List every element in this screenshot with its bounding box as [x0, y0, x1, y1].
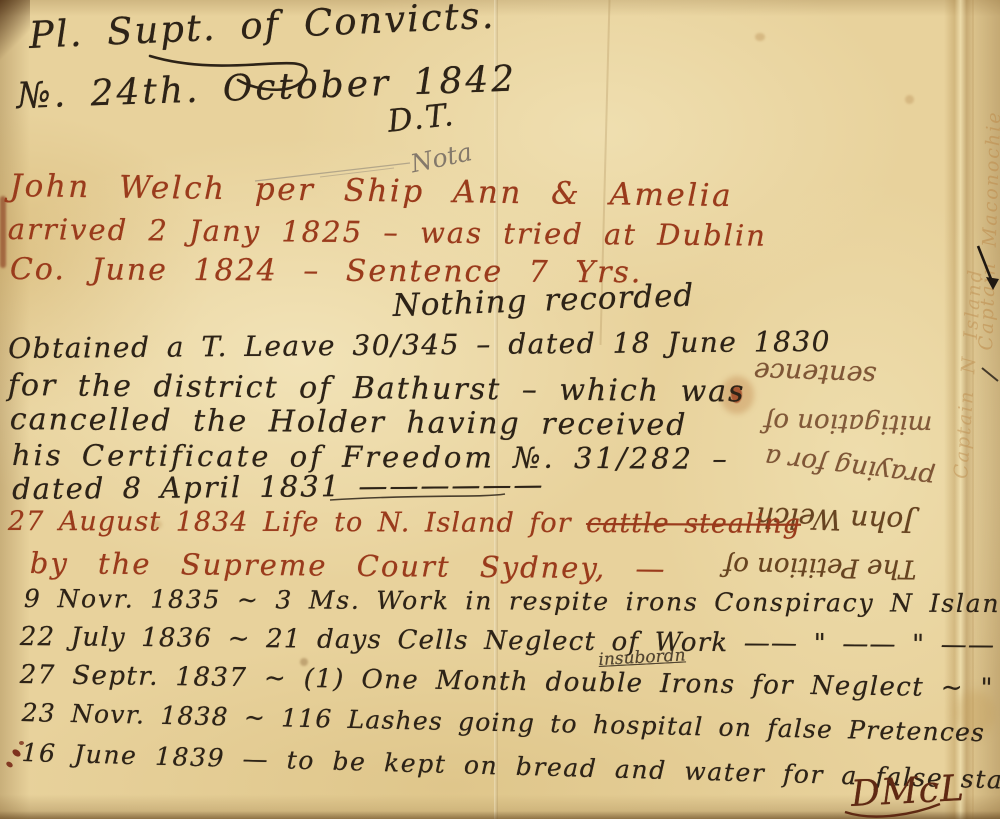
manuscript-page: Captain Maconochie Captain N Island sent…: [0, 0, 1000, 819]
bleedthrough-text: sentence: [720, 355, 911, 393]
addressee-line: Pl. Supt. of Convicts.: [28, 0, 496, 57]
bleedthrough-text: mitigation of: [716, 406, 980, 441]
bleedthrough-text: praying for a: [734, 438, 966, 496]
pencil-note: Nota: [408, 137, 475, 178]
offence-entry-1836: 22 July 1836 ~ 21 days Cells Neglect of …: [20, 622, 996, 661]
foxing-spot: [755, 33, 765, 41]
sentence-prefix: 27 August 1834 Life to N. Island for: [8, 506, 586, 539]
ticket-line-5: dated 8 April 1831 ——————: [12, 467, 545, 506]
paper-corner-stain: [0, 0, 30, 64]
subject-line-2: arrived 2 Jany 1825 – was tried at Dubli…: [8, 212, 767, 253]
clerk-initials: D.T.: [386, 97, 457, 140]
colonial-sentence-line-2: by the Supreme Court Sydney, —: [30, 546, 667, 586]
bottom-page-edge: [0, 811, 1000, 819]
offence-entry-1837: 27 Septr. 1837 ~ (1) One Month double Ir…: [20, 660, 1000, 706]
subject-line-1: John Welch per Ship Ann & Amelia: [9, 168, 733, 214]
ticket-line-1: Obtained a T. Leave 30/345 – dated 18 Ju…: [8, 325, 831, 365]
interlinear-correction: insubordn: [598, 645, 686, 670]
ink-splatter-dot: [5, 760, 14, 768]
left-edge-ink-smudge: [0, 196, 6, 268]
colonial-sentence-line-1: 27 August 1834 Life to N. Island for cat…: [8, 506, 801, 540]
bleedthrough-text: The Petition of: [685, 550, 955, 585]
foxing-spot: [905, 95, 914, 104]
signature-initials: DMcL: [850, 768, 966, 815]
offence-entry-1835: 9 Novr. 1835 ~ 3 Ms. Work in respite iro…: [24, 584, 1000, 618]
ticket-line-3: cancelled the Holder having received: [10, 402, 688, 443]
ink-splatter-dot: [11, 748, 22, 758]
sentence-struck-words: cattle stealing: [586, 508, 801, 540]
